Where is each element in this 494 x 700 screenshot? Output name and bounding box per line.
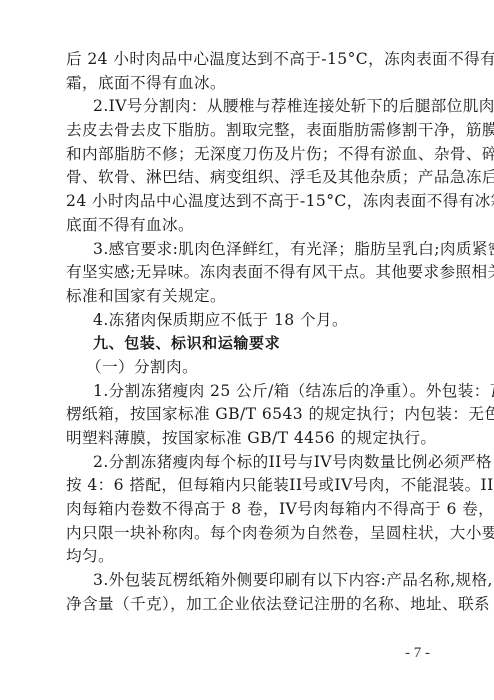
text-line: 24 小时肉品中心温度达到不高于-15°C，冻肉表面不得有冰霜， — [66, 190, 428, 214]
text-line: 标准和国家有关规定。 — [66, 285, 428, 309]
text-line: 底面不得有血冰。 — [66, 214, 428, 238]
text-line: 骨、软骨、淋巴结、病变组织、浮毛及其他杂质；产品急冻后 — [66, 166, 428, 190]
text-line: 按 4：6 搭配，但每箱内只能装II号或IV号肉，不能混装。II号 — [66, 474, 428, 498]
paragraph-start-line: 2.IV号分割肉：从腰椎与荐椎连接处斩下的后腿部位肌肉， — [66, 95, 428, 119]
paragraph-start-line: 1.分割冻猪瘦肉 25 公斤/箱（结冻后的净重）。外包装：瓦 — [66, 380, 428, 404]
text-line: 有坚实感;无异味。冻肉表面不得有风干点。其他要求参照相关 — [66, 261, 428, 285]
page-number: - 7 - — [398, 645, 430, 662]
text-line: 去皮去骨去皮下脂肪。割取完整，表面脂肪需修割干净，筋膜 — [66, 119, 428, 143]
section-heading: 九、包装、标识和运输要求 — [66, 332, 428, 356]
text-line: 内只限一块补称肉。每个肉卷须为自然卷，呈圆柱状，大小要 — [66, 522, 428, 546]
text-line: 明塑料薄膜，按国家标准 GB/T 4456 的规定执行。 — [66, 427, 428, 451]
paragraph-start-line: 3.感官要求:肌肉色泽鲜红，有光泽；脂肪呈乳白;肉质紧密， — [66, 238, 428, 262]
text-line: 霜，底面不得有血冰。 — [66, 72, 428, 96]
text-line: 净含量（千克），加工企业依法登记注册的名称、地址、联系 — [66, 593, 428, 617]
paragraph-start-line: 2.分割冻猪瘦肉每个标的II号与IV号肉数量比例必须严格 — [66, 451, 428, 475]
text-line: 均匀。 — [66, 545, 428, 569]
text-line: 肉每箱内卷数不得高于 8 卷，IV号肉每箱内不得高于 6 卷，箱 — [66, 498, 428, 522]
paragraph-start-line: 4.冻猪肉保质期应不低于 18 个月。 — [66, 309, 428, 333]
paragraph-start-line: 3.外包装瓦楞纸箱外侧要印刷有以下内容:产品名称,规格, — [66, 569, 428, 593]
text-line: 楞纸箱，按国家标准 GB/T 6543 的规定执行；内包装：无色透 — [66, 403, 428, 427]
document-body: 后 24 小时肉品中心温度达到不高于-15°C，冻肉表面不得有冰 霜，底面不得有… — [66, 48, 428, 617]
text-line: 和内部脂肪不修；无深度刀伤及片伤；不得有淤血、杂骨、碎 — [66, 143, 428, 167]
text-line: 后 24 小时肉品中心温度达到不高于-15°C，冻肉表面不得有冰 — [66, 48, 428, 72]
subsection-heading: （一）分割肉。 — [66, 356, 428, 380]
